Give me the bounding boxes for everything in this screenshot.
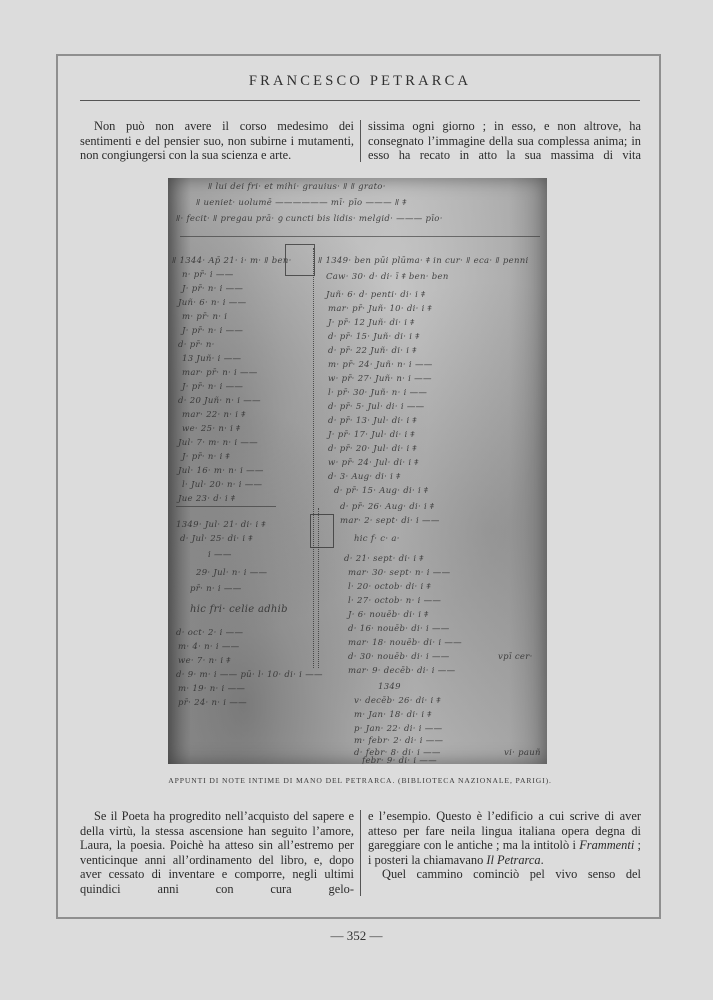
manuscript-line: pr̄· 24· n· i —— — [178, 700, 247, 707]
manuscript-line: J· pr̄· 17· Jul· di· i ǂ — [328, 432, 415, 439]
manuscript-line: m· 4· n· i —— — [178, 644, 239, 651]
manuscript-line: p· Jan· 22· di· i —— — [354, 726, 442, 733]
manuscript-line: febr· 9· di· i —— — [362, 758, 437, 764]
manuscript-line: hic fri· celie adhib — [190, 606, 288, 613]
manuscript-line: m· pr̄· 24· Juñ· n· i —— — [328, 362, 433, 369]
manuscript-line: w· pr̄· 27· Juñ· n· i —— — [328, 376, 432, 383]
manuscript-marginalia: vi· pauñ — [504, 750, 541, 757]
manuscript-line: we· 7· n· i ǂ — [178, 658, 231, 665]
manuscript-line: mar· 9· decēb· di· i —— — [348, 668, 455, 675]
paragraph: sissima ogni giorno ; in esso, e non alt… — [368, 119, 641, 163]
manuscript-line: J· 6· nouēb· di· i ǂ — [348, 612, 428, 619]
bottom-left-column: Se il Poeta ha progredito nell’acquisto … — [80, 809, 360, 897]
paragraph: Non può non avere il corso medesimo dei … — [80, 119, 354, 163]
manuscript-line: d· pr̄· 26· Aug· di· i ǂ — [340, 504, 434, 511]
manuscript-line: m· Jan· 18· di· i ǂ — [354, 712, 432, 719]
manuscript-line: mar· pr̄· Juñ· 10· di· i ǂ — [328, 306, 432, 313]
manuscript-line: m· 19· n· i —— — [178, 686, 245, 693]
figure-caption: APPUNTI DI NOTE INTIME DI MANO DEL PETRA… — [80, 776, 640, 785]
manuscript-line: mar· 2· sept· di· i —— — [340, 518, 440, 525]
manuscript-line: m· pr̄· n· i — [182, 314, 227, 321]
manuscript-line: d· pr̄· 13· Jul· di· i ǂ — [328, 418, 417, 425]
header-rule — [80, 100, 640, 101]
manuscript-line: v· decēb· 26· di· i ǂ — [354, 698, 441, 705]
manuscript-line: n· pr̄· i —— — [182, 272, 234, 279]
manuscript-line: d· pr̄· 15· Juñ· di· i ǂ — [328, 334, 420, 341]
manuscript-line: ǁ lui dei fri· et mihi· grauius· ǁ ǁ gra… — [208, 184, 386, 191]
manuscript-line: we· 25· n· i ǂ — [182, 426, 240, 433]
italic-title: Frammenti — [579, 838, 634, 852]
manuscript-line: 1349· Jul· 21· di· i ǂ — [176, 522, 266, 529]
manuscript-line: d· 30· nouēb· di· i —— — [348, 654, 450, 661]
manuscript-line: ǁ 1349· ben pūi plūma· ǂ in cur· ǁ eca· … — [318, 258, 529, 265]
manuscript-line: 1349 — [378, 684, 401, 691]
top-right-column: sissima ogni giorno ; in esso, e non alt… — [361, 119, 641, 163]
paragraph: Quel cammino cominciò pel vivo senso del — [368, 867, 641, 882]
boxed-annotation — [310, 514, 334, 548]
manuscript-line: d· pr̄· 15· Aug· di· i ǂ — [334, 488, 428, 495]
running-head: FRANCESCO PETRARCA — [80, 73, 640, 90]
bottom-right-column: e l’esempio. Questo è l’edificio a cui s… — [361, 809, 641, 897]
manuscript-line: J· pr̄· n· i —— — [182, 384, 243, 391]
manuscript-line: d· pr̄· 20· Jul· di· i ǂ — [328, 446, 417, 453]
paragraph: Se il Poeta ha progredito nell’acquisto … — [80, 809, 354, 897]
manuscript-line: d· 3· Aug· di· i ǂ — [328, 474, 400, 481]
manuscript-line: Jue 23· d· i ǂ — [178, 496, 235, 503]
manuscript-line: d· pr̄· n· — [178, 342, 215, 349]
manuscript-line: J· pr̄· n· i —— — [182, 328, 243, 335]
page-number: — 352 — — [0, 928, 713, 944]
ruled-line — [176, 506, 276, 507]
manuscript-line: Jul· 16· m· n· i —— — [178, 468, 264, 475]
manuscript-line: d· pr̄· 22 Juñ· di· i ǂ — [328, 348, 417, 355]
manuscript-line: 13 Juñ· i —— — [182, 356, 241, 363]
manuscript-line: Juñ· 6· n· i —— — [178, 300, 246, 307]
bottom-text-columns: Se il Poeta ha progredito nell’acquisto … — [80, 809, 641, 897]
manuscript-line: hic f· c· a· — [354, 536, 400, 543]
manuscript-line: w· pr̄· 24· Jul· di· i ǂ — [328, 460, 419, 467]
top-left-column: Non può non avere il corso medesimo dei … — [80, 119, 360, 163]
manuscript-line: J· pr̄· 12 Juñ· di· i ǂ — [328, 320, 414, 327]
manuscript-line: ǁ ueniet· uolumē —————— mī· pīo ——— ǁ ǂ — [196, 200, 407, 207]
manuscript-line: i —— — [208, 552, 232, 559]
manuscript-line: d· 16· nouēb· di· i —— — [348, 626, 450, 633]
manuscript-line: m· febr· 2· di· i —— — [354, 738, 443, 745]
manuscript-line: d· 20 Juñ· n· i —— — [178, 398, 261, 405]
ruled-line — [180, 236, 540, 237]
manuscript-line: l· Jul· 20· n· i —— — [182, 482, 262, 489]
manuscript-line: Jul· 7· m· n· i —— — [178, 440, 258, 447]
manuscript-line: d· Jul· 25· di· i ǂ — [180, 536, 253, 543]
manuscript-line: mar· 18· nouēb· di· i —— — [348, 640, 462, 647]
manuscript-line: Caw· 30· d· di· ī ǂ ben· ben — [326, 274, 449, 281]
top-text-columns: Non può non avere il corso medesimo dei … — [80, 119, 641, 163]
dotted-divider — [313, 248, 314, 668]
manuscript-line: d· 9· m· i —— pū· l· 10· di· i —— — [176, 672, 323, 679]
manuscript-line: mar· 30· sept· n· i —— — [348, 570, 450, 577]
manuscript-line: l· pr̄· 30· Juñ· n· i —— — [328, 390, 427, 397]
manuscript-line: Juñ· 6· d· penti· di· i ǂ — [326, 292, 425, 299]
manuscript-line: pr̄· n· i —— — [190, 586, 242, 593]
paragraph: e l’esempio. Questo è l’edificio a cui s… — [368, 809, 641, 867]
manuscript-photograph: ǁ lui dei fri· et mihi· grauius· ǁ ǁ gra… — [168, 178, 547, 764]
manuscript-line: d· pr̄· 5· Jul· di· i —— — [328, 404, 424, 411]
manuscript-line: mar· 22· n· i ǂ — [182, 412, 246, 419]
manuscript-line: ǁ 1344· Ap̄ 21· i· m· ǁ ben· — [172, 258, 292, 265]
italic-title: Il Petrarca — [486, 853, 540, 867]
manuscript-line: d· 21· sept· di· i ǂ — [344, 556, 424, 563]
manuscript-line: J· pr̄· n· i —— — [182, 286, 243, 293]
manuscript-line: mar· pr̄· n· i —— — [182, 370, 258, 377]
manuscript-line: l· 20· octob· di· i ǂ — [348, 584, 431, 591]
manuscript-line: ǁ· fecit· ǁ pregau prā· ꝯ cuncti bis lid… — [176, 216, 443, 223]
manuscript-marginalia: vpī cer· — [498, 654, 533, 661]
manuscript-line: 29· Jul· n· i —— — [196, 570, 267, 577]
manuscript-line: J· pr̄· n· i ǂ — [182, 454, 230, 461]
boxed-annotation — [285, 244, 315, 276]
text-run: . — [541, 853, 544, 867]
manuscript-line: d· oct· 2· i —— — [176, 630, 243, 637]
manuscript-line: l· 27· octob· n· i —— — [348, 598, 441, 605]
